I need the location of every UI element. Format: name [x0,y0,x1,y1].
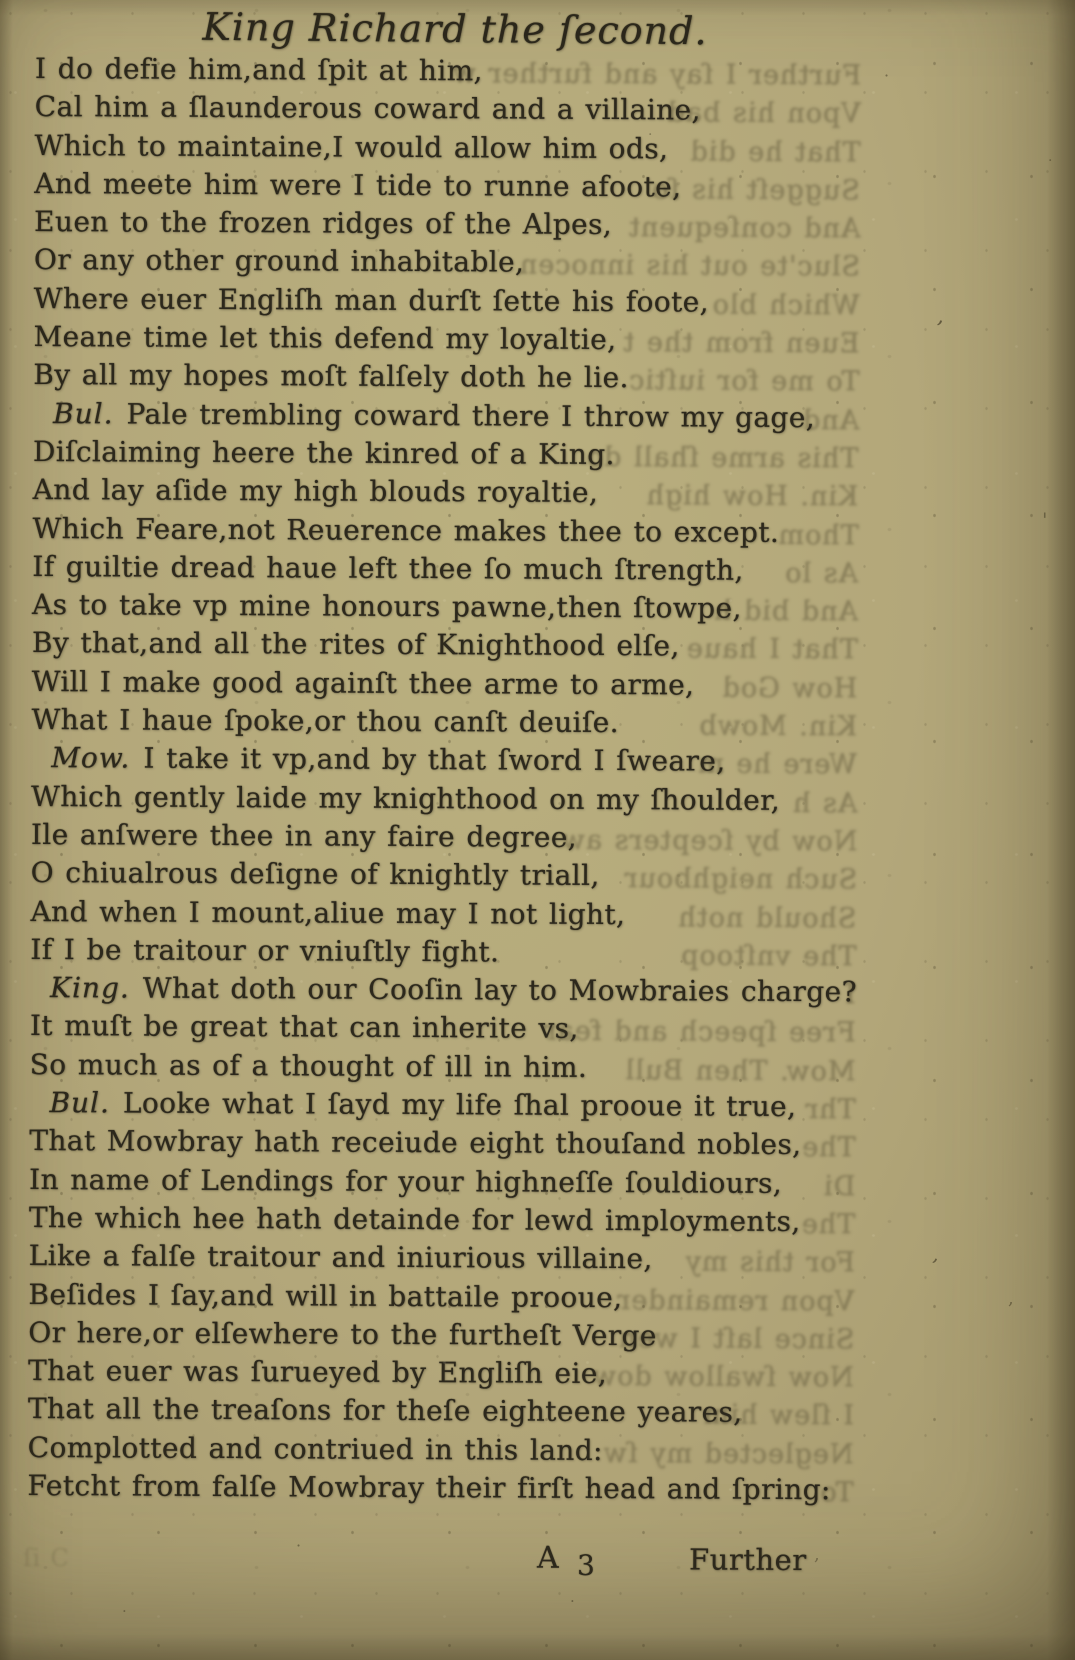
text-line: Like a falſe traitour and iniurious vill… [29,1237,851,1280]
book-page-scan: King Richard the ſecond. I do defie him,… [0,0,1075,1660]
bleedthrough-text: Such neighbour [623,860,857,900]
line-text: Or here,or elſewhere to the furtheſt Ver… [28,1316,657,1352]
line-text: And meete him were I tide to runne afoot… [34,167,681,203]
line-text: By all my hopes moſt falſely doth he lie… [33,358,629,394]
text-line: If guiltie dread haue left thee ſo much … [32,548,854,591]
bleedthrough-text: Should noth [677,899,856,938]
bleedthrough-text: As h [792,785,858,824]
line-text: Ile anſwere thee in any faire degree, [31,818,577,854]
bleedthrough-text: Euen from the t [622,324,859,364]
text-line: Meane time let this defend my loyaltie, … [33,318,855,361]
line-text: If I be traitour or vniuſtly fight. [30,933,499,968]
speaker-name: Mow. [51,741,143,774]
line-text: What doth our Cooſin lay to Mowbraies ch… [143,972,857,1009]
speaker-name: Bul. [53,397,127,430]
text-line: In name of Lendings for your highneſſe ſ… [29,1161,851,1204]
text-line: Diſclaiming heere the kinred of a King. … [33,433,855,476]
text-block: I do defie him,and ſpit at him, Further … [27,50,857,1584]
line-text: Which to maintaine,I would allow him ods… [34,129,668,165]
bleedthrough-text: Kin. Mowb [699,708,858,747]
text-line: Which to maintaine,I would allow him ods… [34,127,856,170]
bleedthrough-text: And conſequent [628,209,861,249]
bleedthrough-text: Further I ſay and further w [451,55,861,95]
ink-speck: · [570,1594,575,1609]
text-line: And meete him were I tide to runne afoot… [34,165,856,208]
text-line: By all my hopes moſt falſely doth he lie… [33,356,855,399]
bleedthrough-text: That he did [689,133,860,172]
text-line: King.What doth our Cooſin lay to Mowbrai… [30,969,852,1012]
line-text: And lay aſide my high blouds royaltie, [33,473,599,509]
text-line: Bul.Pale trembling coward there I throw … [33,395,855,438]
bleedthrough-text: Thr [804,1091,856,1130]
bleedthrough-text: For this my [684,1244,854,1283]
line-text: Will I make good againſt thee arme to ar… [32,665,695,701]
bleedthrough-text: The [800,1206,855,1245]
line-text: In name of Lendings for your highneſſe ſ… [29,1163,782,1200]
line-text: Where euer Engliſh man durſt ſette his f… [34,282,709,319]
bleedthrough-text: The vnſtoop [680,937,856,976]
ink-speck: , [932,1244,943,1265]
line-text: Euen to the frozen ridges of the Alpes, [34,205,612,241]
line-text: I take it vp,and by that ſword I ſweare, [143,742,725,778]
text-line: That euer was ſurueyed by Engliſh eie, N… [28,1352,850,1395]
text-line: Cal him a ſlaunderous coward and a villa… [35,88,857,131]
signature-mark-letter: A [537,1540,559,1578]
text-line: It muſt be great that can inherite vs, F… [30,1007,852,1050]
line-text: Which gently laide my knighthood on my ſ… [31,780,780,817]
bleedthrough-text: Now by ſcepters aw [560,822,857,862]
ink-speck: , [1008,1290,1014,1308]
ink-speck: , [936,306,947,329]
text-line: Fetcht from falſe Mowbray their firſt he… [27,1467,849,1510]
text-line: And when I mount,aliue may I not light, … [30,893,852,936]
bleedthrough-text: This arme ſhall do [586,439,859,479]
line-text: That euer was ſurueyed by Engliſh eie, [28,1354,607,1390]
text-line: Beſides I ſay,and will in battaile proou… [28,1275,850,1318]
text-line: What I haue ſpoke,or thou canſt deuiſe. … [31,701,853,744]
line-text: That Mowbray hath receiude eight thouſan… [29,1124,801,1161]
text-line: If I be traitour or vniuſtly fight. The … [30,931,852,974]
signature-mark-number: 3 [577,1547,595,1585]
text-line: Complotted and contriued in this land: N… [28,1429,850,1472]
line-text: The which hee hath detainde for lewd imp… [29,1201,801,1238]
speaker-name: King. [50,971,143,1004]
bleedthrough-text: Di [823,1168,855,1206]
line-text: Like a falſe traitour and iniurious vill… [29,1239,653,1275]
line-text: Looke what I ſayd my life ſhal prooue it… [123,1086,797,1123]
bleedthrough-text: That I haue [686,631,858,670]
text-line: Or any other ground inhabitable, Sluc'te… [34,241,856,284]
bleedthrough-text: Thom [777,516,858,555]
bleedthrough-text: Which blo [712,286,860,325]
text-line: Which gently laide my knighthood on my ſ… [31,778,853,821]
line-text: It muſt be great that can inherite vs, [30,1009,579,1045]
text-line: That all the treaſons for theſe eighteen… [28,1390,850,1433]
bleedthrough-text: Vpon remainder [617,1282,855,1322]
line-text: So much as of a thought of ill in him. [30,1048,588,1084]
line-text: That all the treaſons for theſe eighteen… [28,1392,743,1429]
line-text: Meane time let this defend my loyaltie, [33,320,616,356]
ink-speck: · [884,68,889,84]
bleedthrough-text: Mow. Then Bull [625,1052,856,1092]
line-text: By that,and all the rites of Knighthood … [32,626,680,662]
line-text: What I haue ſpoke,or thou canſt deuiſe. [31,703,619,739]
bleedthrough-text: Free ſpeech and fear [543,1013,856,1053]
text-line: By that,and all the rites of Knighthood … [32,624,854,667]
line-text: I do defie him,and ſpit at him, [35,52,483,87]
ink-speck: · [122,1604,127,1619]
text-line: So much as of a thought of ill in him. M… [30,1046,852,1089]
bleedthrough-ghost-mark: ſi C [23,1539,69,1578]
line-text: Complotted and contriued in this land: [28,1431,603,1467]
text-line: I do defie him,and ſpit at him, Further … [35,50,857,93]
bleedthrough-text: Neglected my ſw [603,1435,854,1475]
footer-row: ſi C A 3 Further [27,1537,849,1583]
text-line: The which hee hath detainde for lewd imp… [29,1199,851,1242]
text-line: Bul.Looke what I ſayd my life ſhal proou… [29,1084,851,1127]
text-line: Where euer Engliſh man durſt ſette his f… [34,280,856,323]
catchword: Further [689,1541,807,1580]
bleedthrough-text: Suggeſt his ſo [652,171,861,210]
lines: I do defie him,and ſpit at him, Further … [27,50,857,1510]
text-line: O chiualrous deſigne of knightly triall,… [31,854,853,897]
running-title: King Richard the ſecond. [202,4,707,54]
text-line: Euen to the frozen ridges of the Alpes, … [34,203,856,246]
text-line: And lay aſide my high blouds royaltie, K… [33,471,855,514]
speaker-name: Bul. [49,1086,123,1119]
text-line: Will I make good againſt thee arme to ar… [32,663,854,706]
text-line: Or here,or elſewhere to the furtheſt Ver… [28,1314,850,1357]
line-text: Cal him a ſlaunderous coward and a villa… [35,90,701,126]
line-text: Pale trembling coward there I throw my g… [126,397,815,434]
ink-speck: · [1048,154,1052,168]
text-line: As to take vp mine honours pawne,then ſt… [32,586,854,629]
bleedthrough-text: As lo [784,555,858,594]
line-text: Diſclaiming heere the kinred of a King. [33,435,615,471]
text-line: Which Feare,not Reuerence makes thee to … [32,510,854,553]
bleedthrough-text: To me for iuſtic [628,362,859,402]
text-line: That Mowbray hath receiude eight thouſan… [29,1122,851,1165]
line-text: Fetcht from falſe Mowbray their firſt he… [27,1469,830,1506]
line-text: As to take vp mine honours pawne,then ſt… [32,588,742,625]
ink-speck: ' [1042,510,1048,530]
line-text: And when I mount,aliue may I not light, [30,895,625,931]
text-line: Mow.I take it vp,and by that ſword I ſwe… [31,739,853,782]
line-text: Beſides I ſay,and will in battaile proou… [28,1277,622,1313]
line-text: If guiltie dread haue left thee ſo much … [32,550,744,587]
line-text: O chiualrous deſigne of knightly triall, [31,856,600,892]
bleedthrough-text: Kin. How high [646,477,859,516]
text-line: Ile anſwere thee in any faire degree, No… [31,816,853,859]
line-text: Which Feare,not Reuerence makes thee to … [32,512,779,549]
line-text: Or any other ground inhabitable, [34,243,525,279]
bleedthrough-text: Now ſwallow dow [592,1358,854,1398]
bleedthrough-text: Sluc'te out his innocen [519,247,860,287]
bleedthrough-text: How God [722,669,858,708]
bleedthrough-text: The [801,1129,856,1168]
